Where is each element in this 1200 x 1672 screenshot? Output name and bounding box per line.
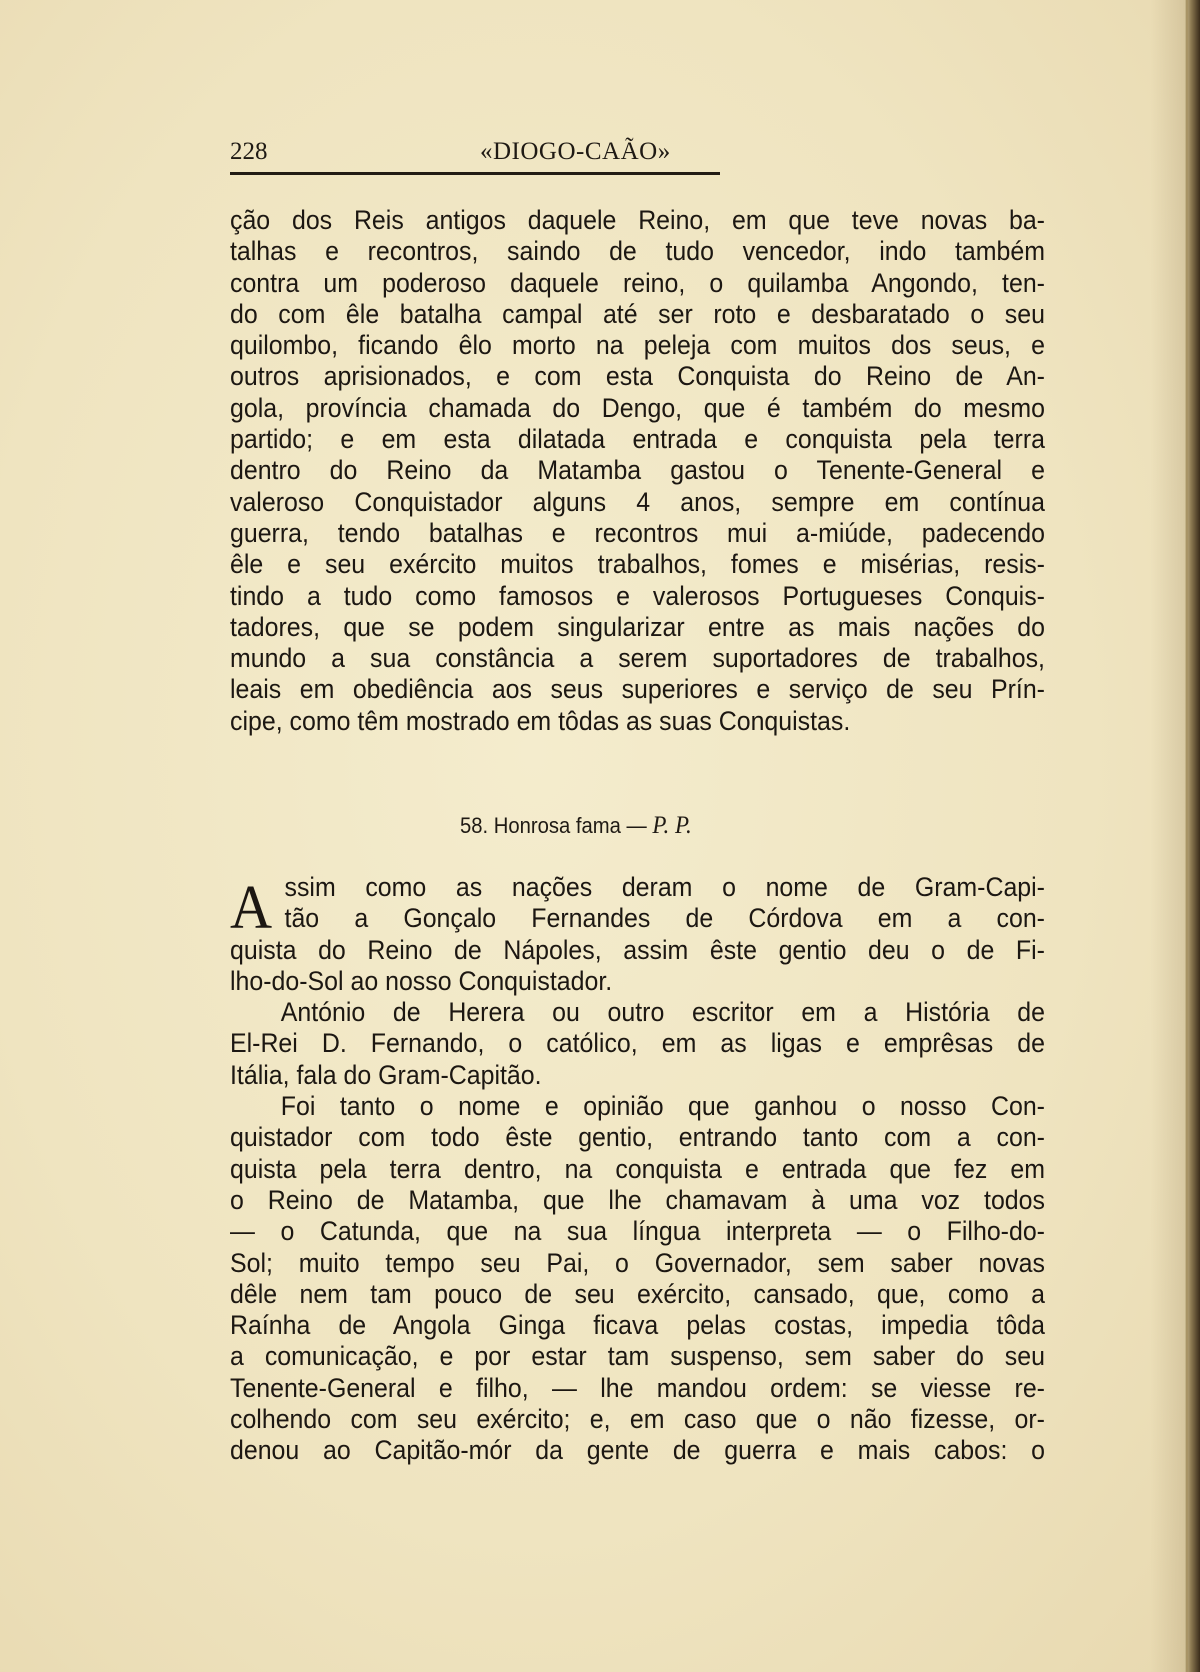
text-line: guerra, tendo batalhas e recontros mui a… xyxy=(230,518,1045,549)
text-line: Itália, fala do Gram-Capitão. xyxy=(230,1060,1045,1091)
text-line: tadores, que se podem singularizar entre… xyxy=(230,612,1045,643)
text-line: — o Catunda, que na sua língua interpret… xyxy=(230,1216,1045,1247)
text-line: contra um poderoso daquele reino, o quil… xyxy=(230,268,1045,299)
page-number: 228 xyxy=(230,138,268,166)
text-line: quilombo, ficando êlo morto na peleja co… xyxy=(230,330,1045,361)
text-line: êle e seu exército muitos trabalhos, fom… xyxy=(230,549,1045,580)
section-author: P. P. xyxy=(652,812,691,839)
continued-paragraph: ção dos Reis antigos daquele Reino, em q… xyxy=(230,205,996,737)
text-line: denou ao Capitão-mór da gente de guerra … xyxy=(230,1435,1045,1466)
text-line: tindo a tudo como famosos e valerosos Po… xyxy=(230,581,1045,612)
text-line: dêle nem tam pouco de seu exército, cans… xyxy=(230,1279,1045,1310)
text-line: quista pela terra dentro, na conquista e… xyxy=(230,1154,1045,1185)
text-line: outros aprisionados, e com esta Conquist… xyxy=(230,361,1045,392)
drop-cap: A xyxy=(230,882,272,934)
text-line: gola, província chamada do Dengo, que é … xyxy=(230,393,1045,424)
text-line: Tenente-General e filho, — lhe mandou or… xyxy=(230,1373,1045,1404)
text-line: partido; e em esta dilatada entrada e co… xyxy=(230,424,1045,455)
text-line: valeroso Conquistador alguns 4 anos, sem… xyxy=(230,487,1045,518)
text-line: do com êle batalha campal até ser roto e… xyxy=(230,299,1045,330)
text-line: tão a Gonçalo Fernandes de Córdova em a … xyxy=(230,903,1045,934)
text-line: ção dos Reis antigos daquele Reino, em q… xyxy=(230,205,1045,236)
text-line: talhas e recontros, saindo de tudo vence… xyxy=(230,236,1045,267)
text-line: Foi tanto o nome e opinião que ganhou o … xyxy=(230,1091,1045,1122)
section-title: 58. Honrosa fama — xyxy=(460,813,647,838)
text-line: António de Herera ou outro escritor em a… xyxy=(230,997,1045,1028)
header-rule xyxy=(230,172,720,175)
page-edge-shadow xyxy=(1150,0,1186,1672)
text-line: Sol; muito tempo seu Pai, o Governador, … xyxy=(230,1248,1045,1279)
text-line: colhendo com seu exército; e, em caso qu… xyxy=(230,1404,1045,1435)
text-line: a comunicação, e por estar tam suspenso,… xyxy=(230,1341,1045,1372)
section-heading: 58. Honrosa fama — P. P. xyxy=(460,812,692,840)
text-line: mundo a sua constância a serem suportado… xyxy=(230,643,1045,674)
text-line: o Reino de Matamba, que lhe chamavam à u… xyxy=(230,1185,1045,1216)
text-line: ssim como as nações deram o nome de Gram… xyxy=(230,872,1045,903)
text-line: cipe, como têm mostrado em tôdas as suas… xyxy=(230,706,1045,737)
text-line: lho-do-Sol ao nosso Conquistador. xyxy=(230,966,1045,997)
text-line: quistador com todo êste gentio, entrando… xyxy=(230,1122,1045,1153)
text-line: quista do Reino de Nápoles, assim êste g… xyxy=(230,935,1045,966)
book-title: «DIOGO-CAÃO» xyxy=(480,138,671,166)
text-line: El-Rei D. Fernando, o católico, em as li… xyxy=(230,1028,1045,1059)
section-body: A ssim como as nações deram o nome de Gr… xyxy=(230,872,996,1467)
text-line: Raínha de Angola Ginga ficava pelas cost… xyxy=(230,1310,1045,1341)
book-page: 228 «DIOGO-CAÃO» ção dos Reis antigos da… xyxy=(0,0,1185,1672)
text-line: leais em obediência aos seus superiores … xyxy=(230,674,1045,705)
page-fold xyxy=(1186,0,1188,1672)
text-line: dentro do Reino da Matamba gastou o Tene… xyxy=(230,455,1045,486)
